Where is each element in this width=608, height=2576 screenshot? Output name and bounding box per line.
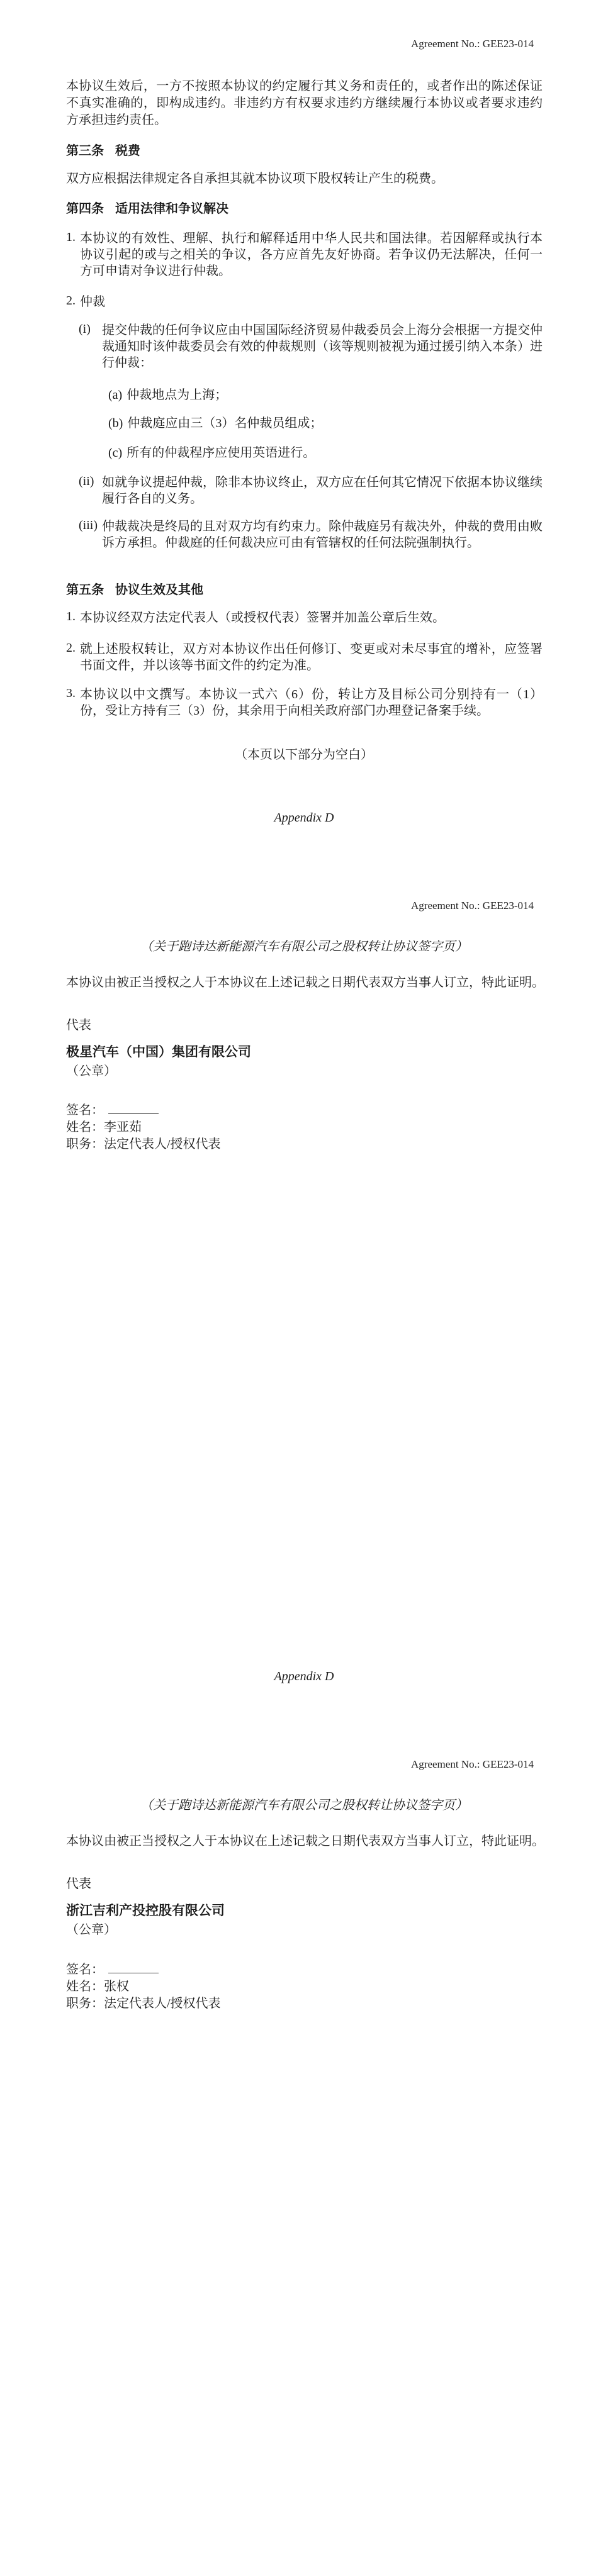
sub-list-item: (i) 提交仲裁的任何争议应由中国国际经济贸易仲裁委员会上海分会根据一方提交仲裁…: [79, 322, 543, 371]
list-text: 仲裁: [80, 294, 543, 310]
title-value: 法定代表人/授权代表: [104, 1137, 221, 1151]
signature-line-row: 签名：: [66, 1961, 221, 1978]
name-label: 姓名：: [66, 1980, 104, 1993]
sub-list-text: 仲裁裁决是终局的且对双方均有约束力。除仲裁庭另有裁决外，仲裁的费用由败诉方承担。…: [102, 518, 543, 551]
list-marker: 1.: [66, 230, 80, 279]
section4-title: 适用法律和争议解决: [115, 202, 228, 216]
page3-seal-note: （公章）: [66, 1919, 116, 1938]
section4-heading: 第四条适用法律和争议解决: [66, 198, 228, 216]
section5-title: 协议生效及其他: [115, 583, 203, 597]
appendix-d-footer: Appendix D: [0, 1670, 608, 1684]
list-marker: 2.: [66, 294, 80, 310]
sign-label: 签名：: [66, 1963, 104, 1977]
section3-body: 双方应根据法律规定各自承担其就本协议项下股权转让产生的税费。: [66, 168, 444, 186]
title-row: 职务：法定代表人/授权代表: [66, 1136, 221, 1153]
abc-text: 所有的仲裁程序应使用英语进行。: [127, 446, 315, 460]
list-item: 3. 本协议以中文撰写。本协议一式六（6）份，转让方及目标公司分别持有一（1）份…: [66, 686, 543, 719]
sub-list-item: (iii) 仲裁裁决是终局的且对双方均有约束力。除仲裁庭另有裁决外，仲裁的费用由…: [79, 518, 543, 551]
list-text: 就上述股权转让，双方对本协议作出任何修订、变更或对未尽事宜的增补，应签署书面文件…: [80, 641, 543, 674]
signature-line: [108, 1962, 159, 1973]
signature-line-row: 签名：: [66, 1102, 221, 1119]
abc-list-item: (a)仲裁地点为上海；: [108, 384, 227, 403]
page3-agreement-number: Agreement No.: GEE23-014: [411, 1758, 534, 1771]
abc-text: 仲裁地点为上海；: [127, 388, 227, 402]
breach-paragraph: 本协议生效后，一方不按照本协议的约定履行其义务和责任的，或者作出的陈述保证不真实…: [66, 78, 543, 129]
page2-certify-statement: 本协议由被正当授权之人于本协议在上述记载之日期代表双方当事人订立，特此证明。: [66, 972, 544, 990]
section3-number: 第三条: [66, 144, 104, 158]
abc-marker: (b): [108, 416, 123, 430]
agreement-document: Agreement No.: GEE23-014 本协议生效后，一方不按照本协议…: [0, 0, 608, 2576]
page1-agreement-number: Agreement No.: GEE23-014: [411, 38, 534, 50]
list-item: 2. 仲裁: [66, 294, 543, 310]
page2-seal-note: （公章）: [66, 1061, 116, 1079]
sub-list-text: 提交仲裁的任何争议应由中国国际经济贸易仲裁委员会上海分会根据一方提交仲裁通知时该…: [102, 322, 543, 371]
sub-list-text: 如就争议提起仲裁，除非本协议终止，双方应在任何其它情况下依据本协议继续履行各自的…: [102, 474, 543, 507]
list-marker: 3.: [66, 686, 80, 719]
section4-number: 第四条: [66, 202, 104, 216]
page2-on-behalf-label: 代表: [66, 1015, 91, 1033]
abc-marker: (c): [108, 446, 122, 460]
page3-certify-statement: 本协议由被正当授权之人于本协议在上述记载之日期代表双方当事人订立，特此证明。: [66, 1831, 544, 1849]
title-row: 职务：法定代表人/授权代表: [66, 1995, 221, 2012]
page3-on-behalf-label: 代表: [66, 1873, 91, 1892]
name-value: 李亚茹: [104, 1120, 142, 1134]
title-value: 法定代表人/授权代表: [104, 1997, 221, 2010]
appendix-d-footer: Appendix D: [0, 811, 608, 825]
section5-heading: 第五条协议生效及其他: [66, 579, 203, 598]
list-item: 2. 就上述股权转让，双方对本协议作出任何修订、变更或对未尽事宜的增补，应签署书…: [66, 641, 543, 674]
page3-signature-block: 签名： 姓名：张权 职务：法定代表人/授权代表: [66, 1961, 221, 2012]
abc-list-item: (b)仲裁庭应由三（3）名仲裁员组成；: [108, 413, 322, 431]
list-marker: 1.: [66, 610, 80, 626]
page2-signature-page-title: （关于跑诗达新能源汽车有限公司之股权转让协议签字页）: [0, 936, 608, 954]
section5-number: 第五条: [66, 583, 104, 597]
sub-list-marker: (i): [79, 322, 102, 371]
section3-heading: 第三条税费: [66, 140, 140, 159]
title-label: 职务：: [66, 1997, 104, 2010]
abc-marker: (a): [108, 388, 122, 402]
name-row: 姓名：李亚茹: [66, 1119, 221, 1136]
list-item: 1. 本协议经双方法定代表人（或授权代表）签署并加盖公章后生效。: [66, 610, 543, 626]
signature-line: [108, 1103, 159, 1114]
title-label: 职务：: [66, 1137, 104, 1151]
page2-agreement-number: Agreement No.: GEE23-014: [411, 900, 534, 912]
section3-title: 税费: [115, 144, 140, 158]
name-row: 姓名：张权: [66, 1978, 221, 1995]
sub-list-marker: (ii): [79, 474, 102, 507]
name-value: 张权: [104, 1980, 129, 1993]
list-text: 本协议以中文撰写。本协议一式六（6）份，转让方及目标公司分别持有一（1）份，受让…: [80, 686, 543, 719]
page2-signature-block: 签名： 姓名：李亚茹 职务：法定代表人/授权代表: [66, 1102, 221, 1153]
sign-label: 签名：: [66, 1103, 104, 1117]
list-item: 1. 本协议的有效性、理解、执行和解释适用中华人民共和国法律。若因解释或执行本协…: [66, 230, 543, 279]
list-text: 本协议经双方法定代表人（或授权代表）签署并加盖公章后生效。: [80, 610, 543, 626]
blank-remainder-note: （本页以下部分为空白）: [0, 744, 608, 762]
abc-list-item: (c)所有的仲裁程序应使用英语进行。: [108, 442, 315, 460]
list-marker: 2.: [66, 641, 80, 674]
page2-company-name: 极星汽车（中国）集团有限公司: [66, 1042, 251, 1061]
name-label: 姓名：: [66, 1120, 104, 1134]
list-text: 本协议的有效性、理解、执行和解释适用中华人民共和国法律。若因解释或执行本协议引起…: [80, 230, 543, 279]
page3-company-name: 浙江吉利产投控股有限公司: [66, 1900, 225, 1919]
page3-signature-page-title: （关于跑诗达新能源汽车有限公司之股权转让协议签字页）: [0, 1795, 608, 1813]
abc-text: 仲裁庭应由三（3）名仲裁员组成；: [127, 416, 322, 430]
sub-list-item: (ii) 如就争议提起仲裁，除非本协议终止，双方应在任何其它情况下依据本协议继续…: [79, 474, 543, 507]
sub-list-marker: (iii): [79, 518, 102, 551]
